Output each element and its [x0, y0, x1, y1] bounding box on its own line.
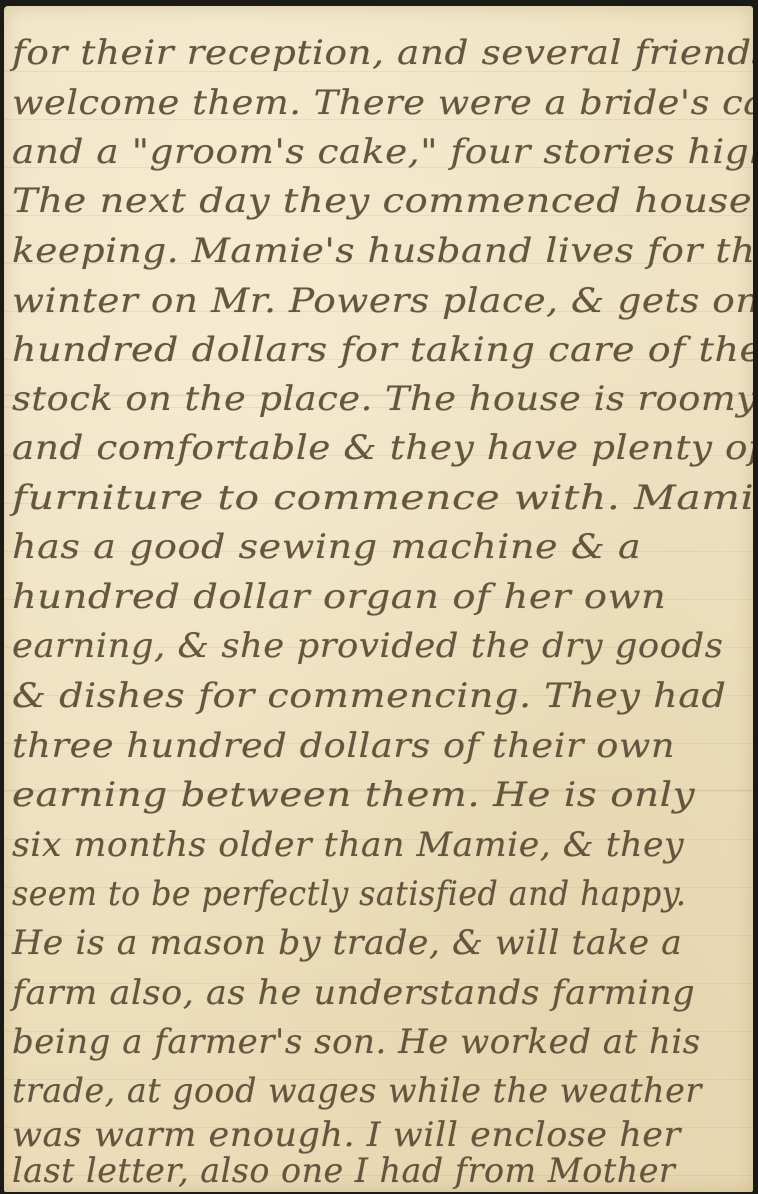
text-line: earning between them. He is only — [12, 778, 695, 812]
text-line: furniture to commence with. Mamie — [12, 481, 753, 515]
text-line: stock on the place. The house is roomy — [12, 382, 753, 416]
text-line: and a "groom's cake," four stories high" — [12, 135, 753, 169]
text-line: winter on Mr. Powers place, & gets one — [12, 284, 753, 318]
text-line: & dishes for commencing. They had — [12, 679, 726, 713]
text-line: and comfortable & they have plenty of — [12, 431, 753, 465]
text-line: earning, & she provided the dry goods — [12, 629, 723, 663]
text-line: farm also, as he understands farming — [12, 976, 695, 1010]
text-line: hundred dollars for taking care of the — [12, 333, 753, 367]
text-line: seem to be perfectly satisfied and happy… — [12, 877, 686, 911]
letter-paper: for their reception, and several friends… — [4, 6, 753, 1192]
text-line: three hundred dollars of their own — [12, 729, 675, 763]
text-line: was warm enough. I will enclose her — [12, 1118, 681, 1152]
text-line: He is a mason by trade, & will take a — [12, 926, 682, 960]
text-line: welcome them. There were a bride's cake — [12, 86, 753, 120]
text-line: for their reception, and several friends… — [12, 36, 753, 70]
text-line: trade, at good wages while the weather — [12, 1074, 702, 1108]
text-line: keeping. Mamie's husband lives for the — [12, 234, 753, 268]
text-line: has a good sewing machine & a — [12, 530, 641, 564]
text-line: The next day they commenced house- — [12, 184, 753, 218]
scanned-letter-page: for their reception, and several friends… — [0, 0, 758, 1194]
text-line: hundred dollar organ of her own — [12, 580, 666, 614]
text-line: six months older than Mamie, & they — [12, 828, 684, 862]
text-line: last letter, also one I had from Mother — [12, 1154, 675, 1188]
text-line: being a farmer's son. He worked at his — [12, 1025, 701, 1059]
